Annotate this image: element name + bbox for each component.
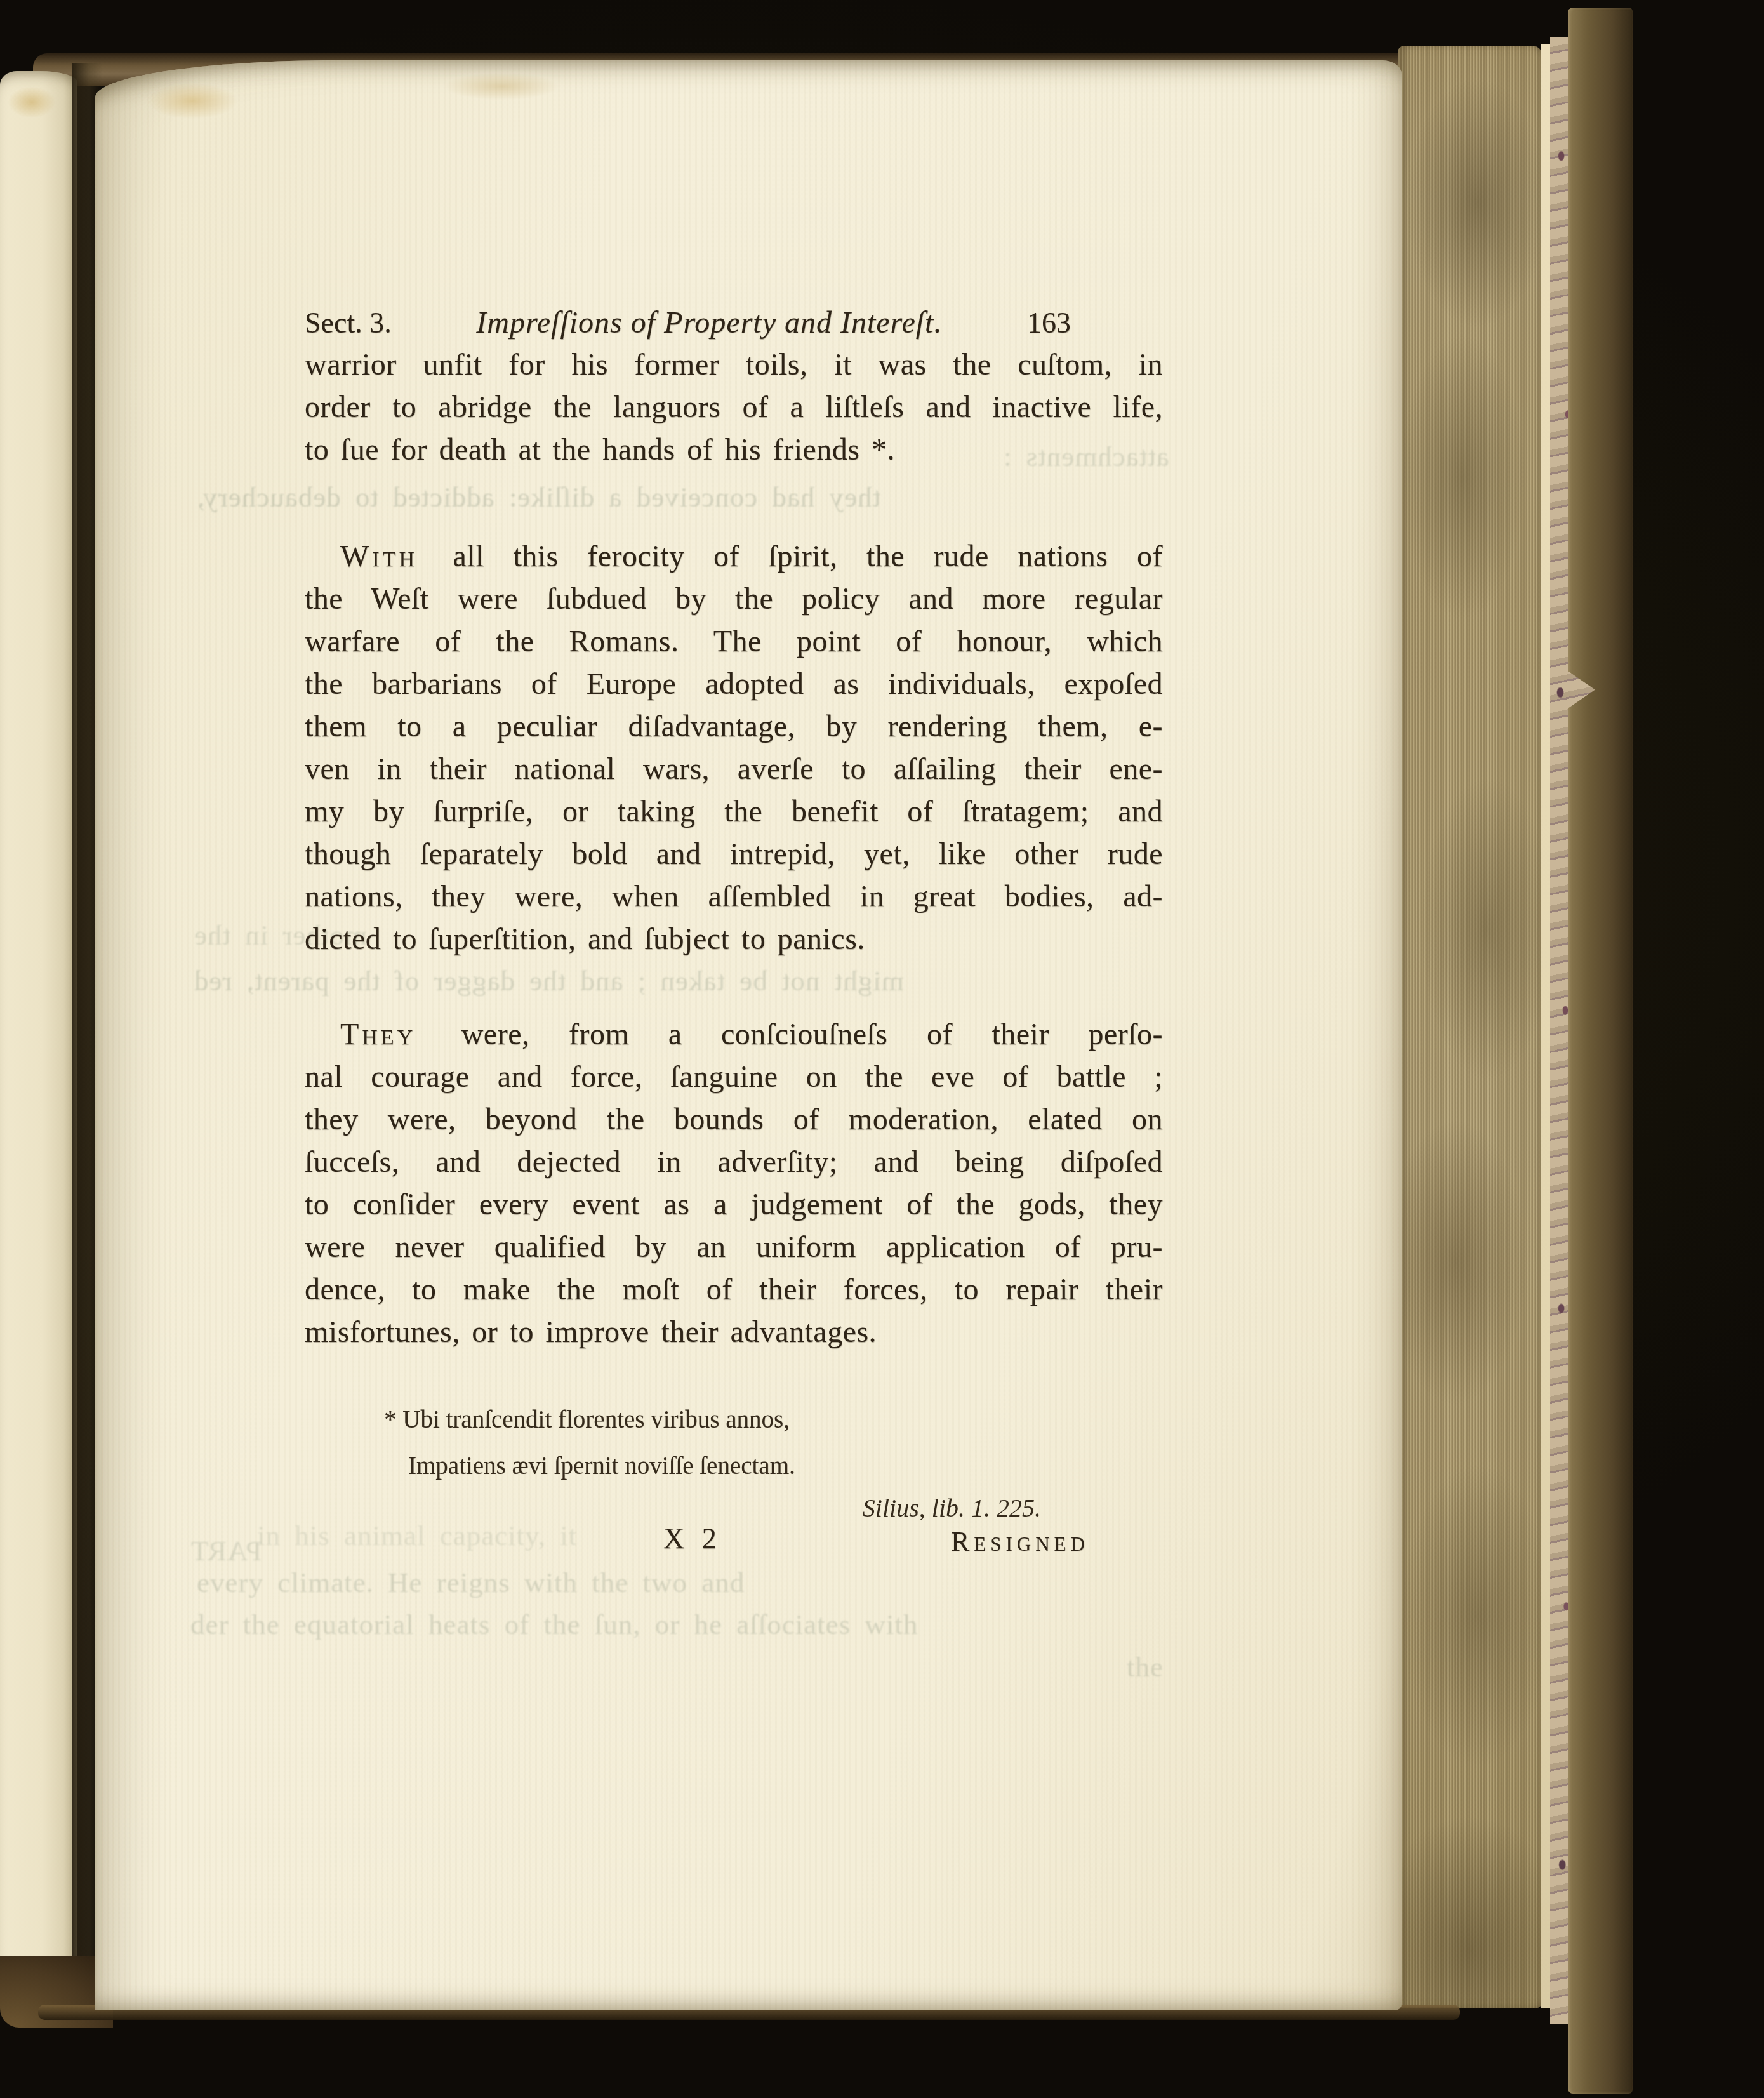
small-caps-lead: With	[340, 540, 418, 573]
show-through-text: every climate. He reigns with the two an…	[197, 1566, 745, 1599]
footnote-citation: Silius, lib. 1. 225.	[384, 1493, 1041, 1523]
paper-stain	[0, 81, 63, 123]
running-header: Sect. 3. Impreſſions of Property and Int…	[305, 305, 1163, 340]
signature-mark: X 2	[663, 1522, 722, 1555]
page-number: 163	[1027, 306, 1071, 340]
text-line: order to abridge the languors of a liſtl…	[305, 386, 1163, 428]
text-line: dence, to make the moſt of their forces,…	[305, 1268, 1163, 1311]
footnote: * Ubi tranſcendit florentes viribus anno…	[384, 1397, 1019, 1489]
leather-cover-board	[1568, 8, 1633, 2094]
text-line: ven in their national wars, averſe to aſ…	[305, 748, 1163, 790]
text-line: misfortunes, or to improve their advanta…	[305, 1311, 1163, 1353]
book-photo-backdrop: attachments :they had conceived a diſlik…	[0, 0, 1764, 2098]
text-line: They were, from a conſciouſneſs of their…	[305, 1013, 1163, 1056]
show-through-text: PART	[190, 1534, 262, 1567]
text-line: nations, they were, when aſſembled in gr…	[305, 875, 1163, 918]
text-line: to ſue for death at the hands of his fri…	[305, 428, 1163, 471]
footnote-line: Impatiens ævi ſpernit noviſſe ſenectam.	[384, 1443, 1019, 1489]
paper-stain	[132, 77, 253, 125]
book-page: attachments :they had conceived a diſlik…	[95, 60, 1402, 2010]
facing-page-edge	[0, 71, 77, 2008]
show-through-text: might not be taken ; and the dagger of t…	[194, 964, 904, 997]
text-line: they were, beyond the bounds of moderati…	[305, 1098, 1163, 1141]
text-line: the Weſt were ſubdued by the policy and …	[305, 578, 1163, 620]
text-line: them to a peculiar diſadvantage, by rend…	[305, 705, 1163, 748]
text-line: to conſider every event as a judgement o…	[305, 1183, 1163, 1226]
text-line: With all this ferocity of ſpirit, the ru…	[305, 535, 1163, 578]
text-line: nal courage and force, ſanguine on the e…	[305, 1056, 1163, 1098]
text-line: the barbarians of Europe adopted as indi…	[305, 663, 1163, 705]
show-through-text: in his animal capacity, it	[257, 1519, 577, 1552]
section-label: Sect. 3.	[305, 306, 392, 340]
paragraph: With all this ferocity of ſpirit, the ru…	[305, 535, 1163, 960]
text-line: my by ſurpriſe, or taking the benefit of…	[305, 790, 1163, 833]
fore-edge-page-block	[1398, 46, 1542, 2008]
text-line: warrior unfit for his former toils, it w…	[305, 343, 1163, 386]
footnote-line: * Ubi tranſcendit florentes viribus anno…	[384, 1397, 1019, 1443]
paragraph: warrior unfit for his former toils, it w…	[305, 343, 1163, 471]
paragraph: They were, from a conſciouſneſs of their…	[305, 1013, 1163, 1353]
show-through-text: they had conceived a diſlike: addicted t…	[197, 481, 880, 514]
show-through-text: the	[1127, 1650, 1164, 1683]
text-line: ſucceſs, and dejected in adverſity; and …	[305, 1141, 1163, 1183]
catchword: Resigned	[951, 1525, 1089, 1558]
small-caps-lead: They	[340, 1018, 416, 1051]
text-line: though ſeparately bold and intrepid, yet…	[305, 833, 1163, 875]
text-line: warfare of the Romans. The point of hono…	[305, 620, 1163, 663]
endpaper-sliver	[1541, 44, 1551, 2008]
show-through-text: der the equatorial heats of the ſun, or …	[190, 1608, 918, 1641]
running-title: Impreſſions of Property and Intereſt.	[476, 305, 942, 340]
text-line: dicted to ſuperſtition, and ſubject to p…	[305, 918, 1163, 960]
paper-stain	[425, 68, 578, 105]
text-line: were never qualified by an uniform appli…	[305, 1226, 1163, 1268]
